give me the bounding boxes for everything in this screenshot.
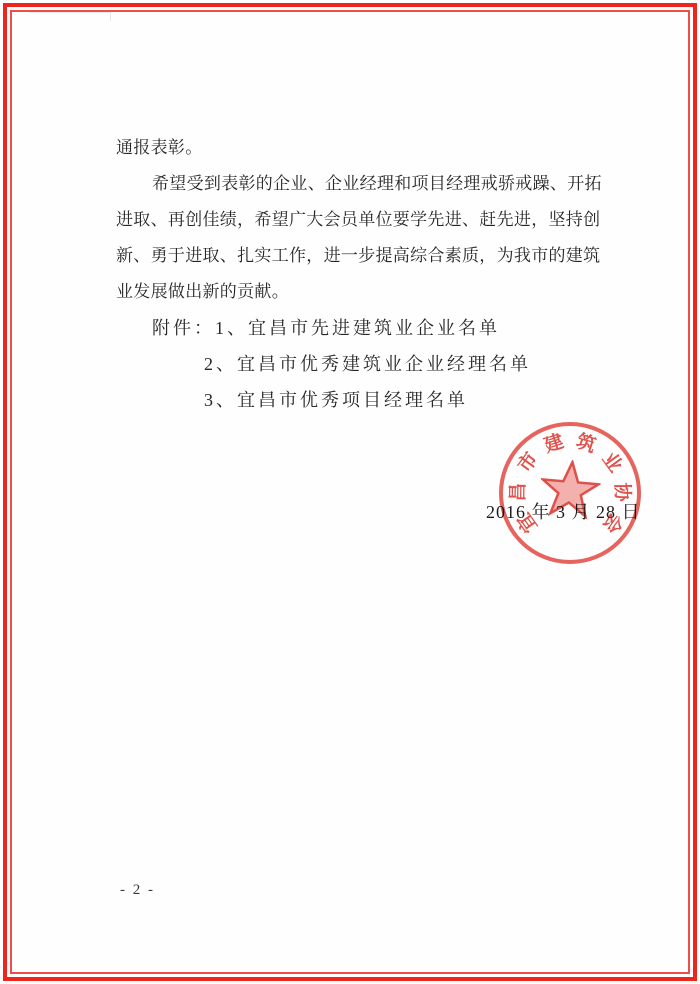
body-text: 通报表彰。 希望受到表彰的企业、企业经理和项目经理戒骄戒躁、开拓 进取、再创佳绩… [116,130,616,310]
attachment-item: 3、宜昌市优秀项目经理名单 [116,382,636,418]
scan-artifact [30,12,111,21]
body-line: 新、勇于进取、扎实工作，进一步提高综合素质，为我市的建筑 [116,238,616,274]
body-line: 进取、再创佳绩，希望广大会员单位要学先进、赶先进，坚持创 [116,202,616,238]
body-line: 通报表彰。 [116,130,616,166]
body-line: 希望受到表彰的企业、企业经理和项目经理戒骄戒躁、开拓 [116,166,616,202]
attachments-label: 附件： [152,318,215,338]
body-line: 业发展做出新的贡献。 [116,274,616,310]
official-seal: 宜 昌 市 建 筑 业 协 会 [499,422,641,564]
attachment-item-text: 1、宜昌市先进建筑业企业名单 [215,318,500,338]
attachment-item: 2、宜昌市优秀建筑业企业经理名单 [116,346,636,382]
seal-text-char: 协 [609,480,633,504]
attachment-item: 附件：1、宜昌市先进建筑业企业名单 [116,310,636,346]
document-page: 通报表彰。 希望受到表彰的企业、企业经理和项目经理戒骄戒躁、开拓 进取、再创佳绩… [0,0,700,984]
attachments-list: 附件：1、宜昌市先进建筑业企业名单 2、宜昌市优秀建筑业企业经理名单 3、宜昌市… [116,310,636,418]
seal-text-char: 昌 [507,480,531,504]
seal-star-icon [537,457,602,522]
page-number: - 2 - [120,882,155,899]
